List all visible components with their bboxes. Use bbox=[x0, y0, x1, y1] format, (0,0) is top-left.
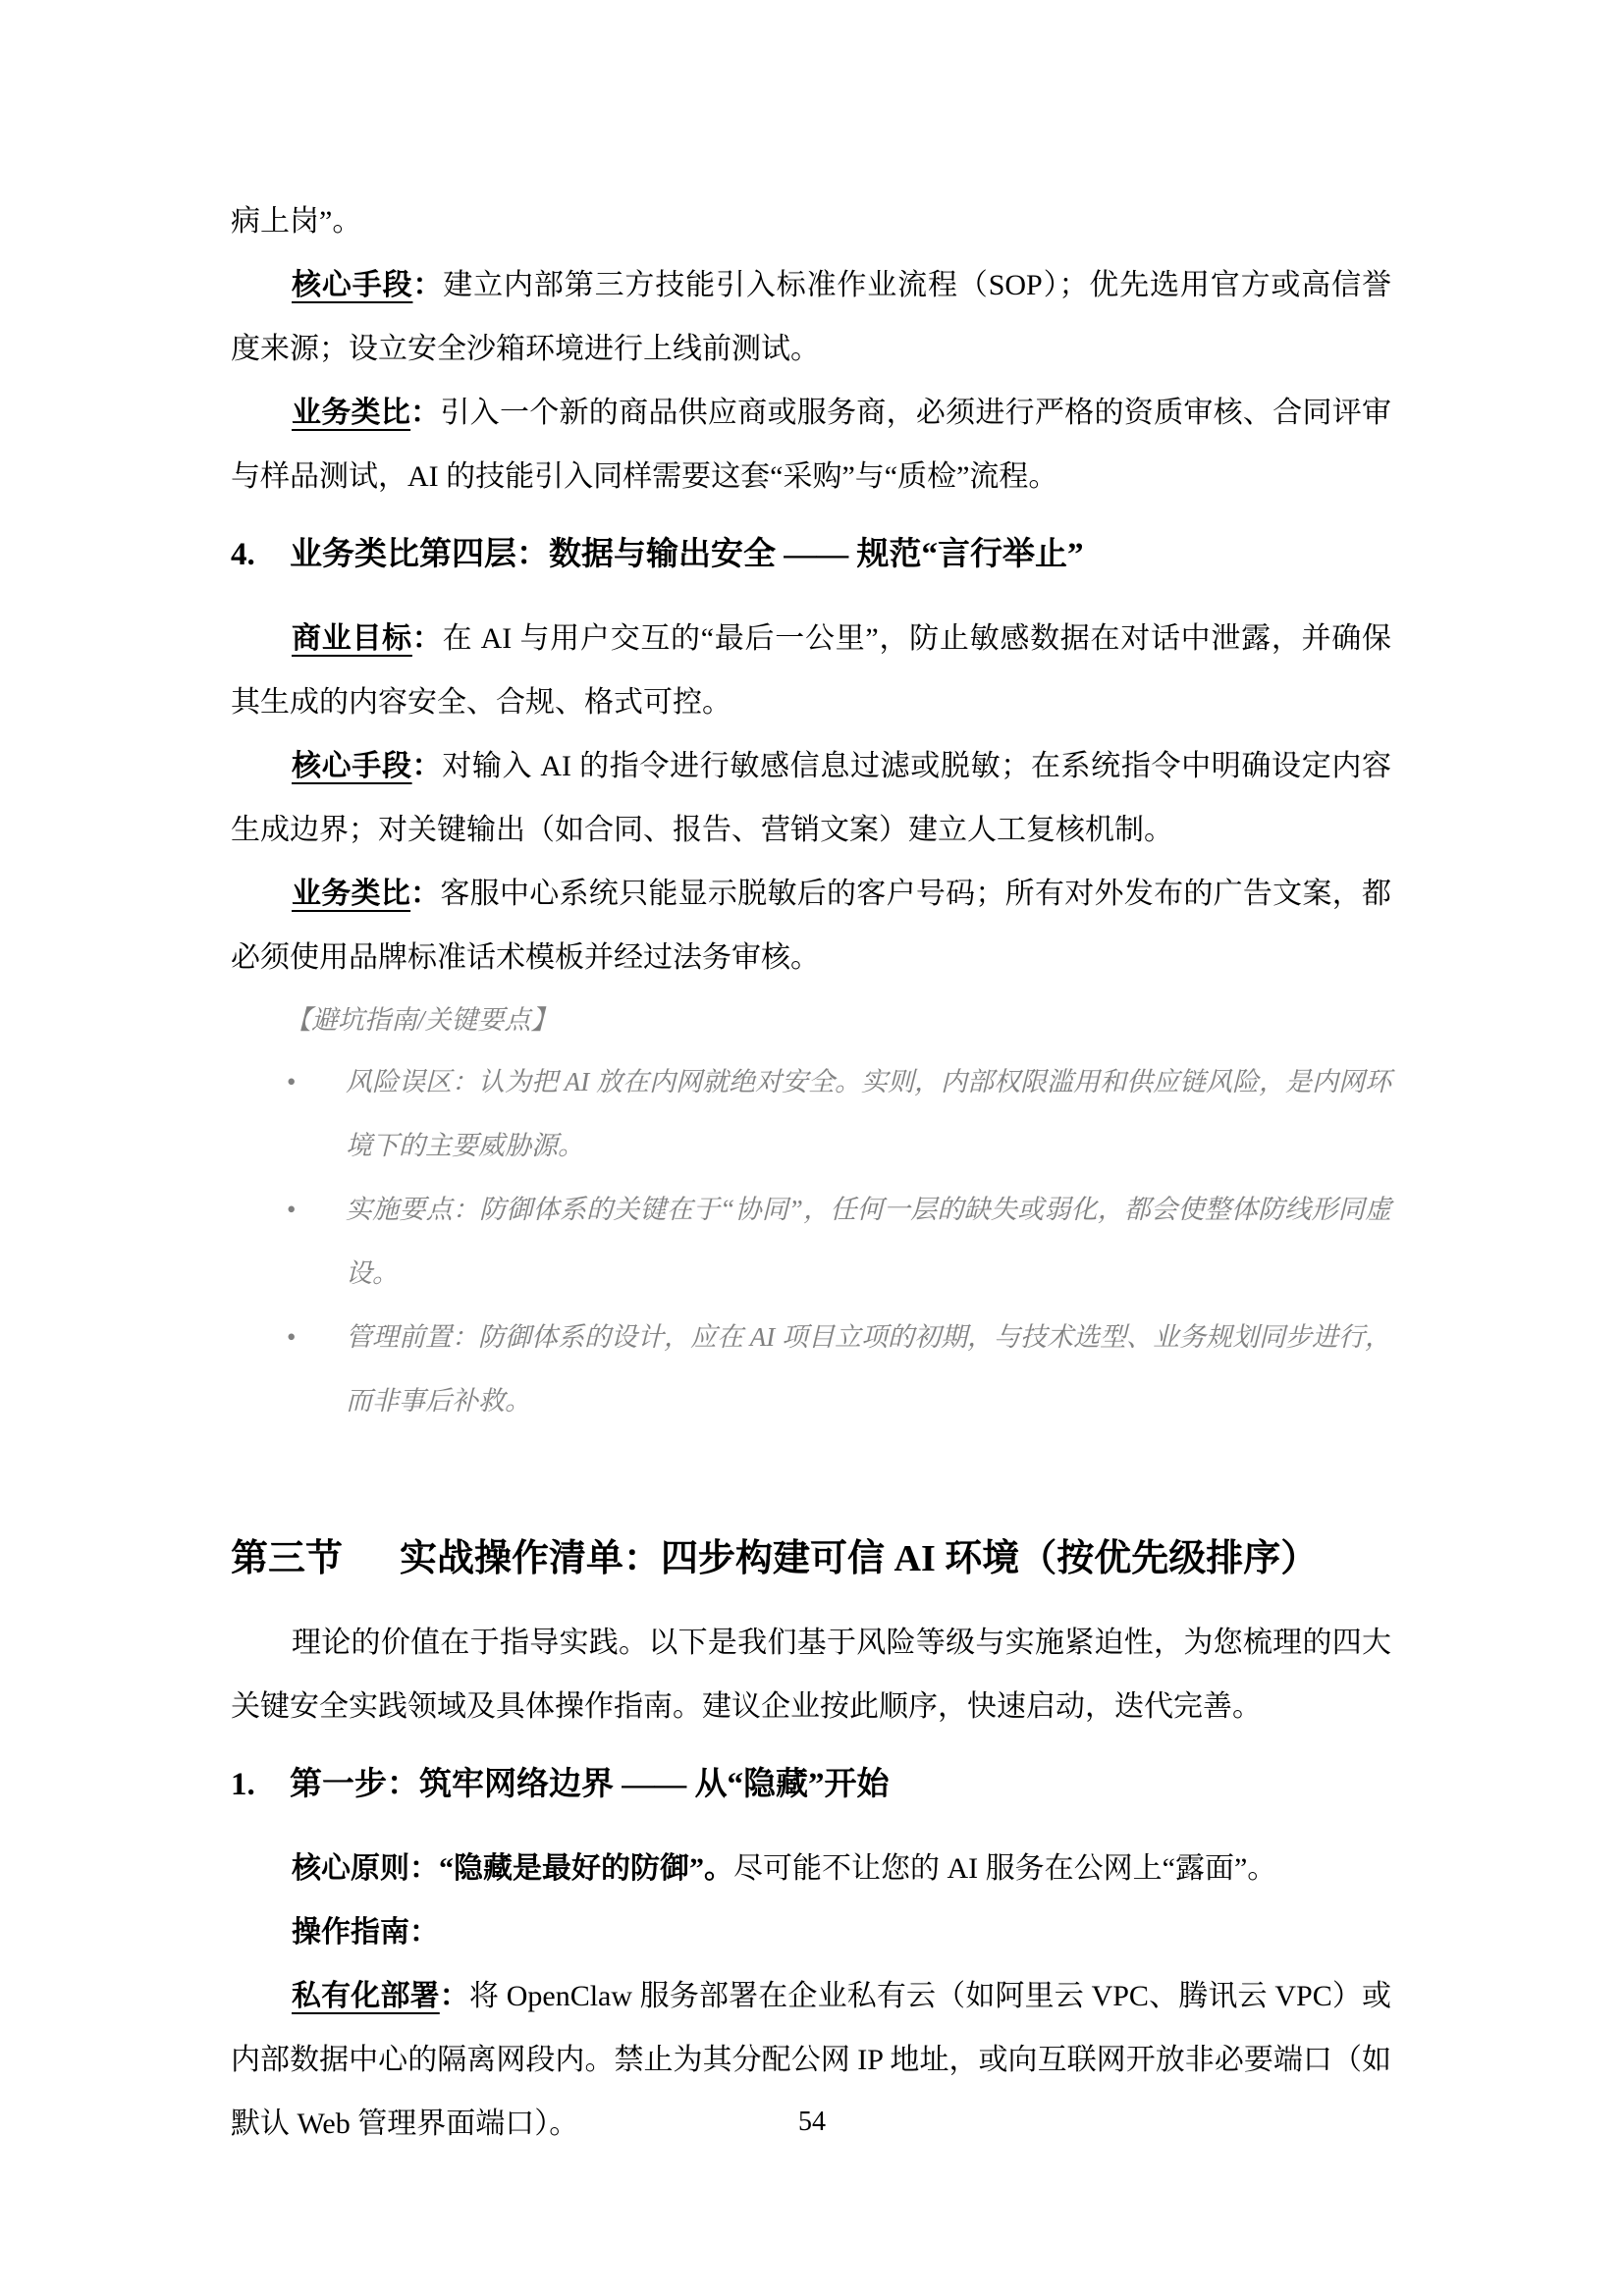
heading-number: 4. bbox=[231, 530, 290, 579]
heading-section3: 第三节实战操作清单：四步构建可信 AI 环境（按优先级排序） bbox=[231, 1531, 1391, 1586]
bullet-icon: • bbox=[287, 1178, 296, 1242]
page-content: 病上岗”。 核心手段：建立内部第三方技能引入标准作业流程（SOP）；优先选用官方… bbox=[231, 189, 1391, 2156]
list-item-text: 实施要点：防御体系的关键在于“协同”，任何一层的缺失或弱化，都会使整体防线形同虚… bbox=[346, 1195, 1391, 1288]
heading-title: 业务类比第四层：数据与输出安全 —— 规范“言行举止” bbox=[290, 537, 1084, 572]
heading-title: 实战操作清单：四步构建可信 AI 环境（按优先级排序） bbox=[400, 1538, 1318, 1579]
run-in-label: 业务类比 bbox=[292, 397, 410, 429]
list-item: •管理前置：防御体系的设计，应在 AI 项目立项的初期，与技术选型、业务规划同步… bbox=[231, 1306, 1391, 1433]
run-in-colon: ： bbox=[440, 1980, 469, 2012]
run-in-colon: ： bbox=[412, 269, 443, 301]
heading-number: 第三节 bbox=[231, 1538, 343, 1579]
paragraph-core-method: 核心手段：建立内部第三方技能引入标准作业流程（SOP）；优先选用官方或高信誉度来… bbox=[231, 253, 1391, 381]
run-in-label: 核心手段 bbox=[292, 750, 412, 782]
run-in-label: 业务类比 bbox=[292, 878, 410, 910]
paragraph-text: 尽可能不让您的 AI 服务在公网上“露面”。 bbox=[733, 1852, 1276, 1885]
run-in-label: 私有化部署 bbox=[292, 1980, 440, 2012]
run-in-colon: ： bbox=[410, 397, 440, 429]
list-item-text: 管理前置：防御体系的设计，应在 AI 项目立项的初期，与技术选型、业务规划同步进… bbox=[346, 1322, 1391, 1415]
run-in-label-bold: 核心原则： bbox=[292, 1852, 439, 1885]
page-number: 54 bbox=[0, 2103, 1624, 2142]
run-in-label-bold: 操作指南： bbox=[292, 1916, 439, 1949]
paragraph-section3-intro: 理论的价值在于指导实践。以下是我们基于风险等级与实施紧迫性，为您梳理的四大关键安… bbox=[231, 1611, 1391, 1738]
document-page: 病上岗”。 核心手段：建立内部第三方技能引入标准作业流程（SOP）；优先选用官方… bbox=[0, 0, 1624, 2296]
run-in-colon: ： bbox=[412, 622, 443, 655]
list-item: •风险误区：认为把 AI 放在内网就绝对安全。实则，内部权限滥用和供应链风险，是… bbox=[231, 1050, 1391, 1178]
paragraph-core-method-2: 核心手段：对输入 AI 的指令进行敏感信息过滤或脱敏；在系统指令中明确设定内容生… bbox=[231, 734, 1391, 862]
heading-title: 第一步：筑牢网络边界 —— 从“隐藏”开始 bbox=[290, 1767, 890, 1802]
paragraph-business-goal: 商业目标：在 AI 与用户交互的“最后一公里”，防止敏感数据在对话中泄露，并确保… bbox=[231, 607, 1391, 734]
list-item: •实施要点：防御体系的关键在于“协同”，任何一层的缺失或弱化，都会使整体防线形同… bbox=[231, 1178, 1391, 1306]
paragraph-core-principle: 核心原则：“隐藏是最好的防御”。尽可能不让您的 AI 服务在公网上“露面”。 bbox=[231, 1837, 1391, 1900]
run-in-colon: ： bbox=[410, 878, 440, 910]
principle-emphasis: “隐藏是最好的防御”。 bbox=[439, 1852, 733, 1885]
tips-list: •风险误区：认为把 AI 放在内网就绝对安全。实则，内部权限滥用和供应链风险，是… bbox=[231, 1050, 1391, 1433]
paragraph-carryover: 病上岗”。 bbox=[231, 189, 1391, 253]
heading-section4: 4.业务类比第四层：数据与输出安全 —— 规范“言行举止” bbox=[231, 530, 1391, 579]
list-item-text: 风险误区：认为把 AI 放在内网就绝对安全。实则，内部权限滥用和供应链风险，是内… bbox=[346, 1067, 1391, 1160]
run-in-colon: ： bbox=[412, 750, 443, 782]
tips-title: 【避坑指南/关键要点】 bbox=[285, 989, 1391, 1050]
bullet-icon: • bbox=[287, 1050, 296, 1114]
paragraph-business-analogy: 业务类比：引入一个新的商品供应商或服务商，必须进行严格的资质审核、合同评审与样品… bbox=[231, 381, 1391, 508]
heading-step1: 1.第一步：筑牢网络边界 —— 从“隐藏”开始 bbox=[231, 1760, 1391, 1809]
run-in-label: 商业目标 bbox=[292, 622, 412, 655]
paragraph-guide-label: 操作指南： bbox=[231, 1900, 1391, 1964]
bullet-icon: • bbox=[287, 1306, 296, 1369]
heading-number: 1. bbox=[231, 1760, 290, 1809]
run-in-label: 核心手段 bbox=[292, 269, 412, 301]
paragraph-business-analogy-2: 业务类比：客服中心系统只能显示脱敏后的客户号码；所有对外发布的广告文案，都必须使… bbox=[231, 862, 1391, 989]
